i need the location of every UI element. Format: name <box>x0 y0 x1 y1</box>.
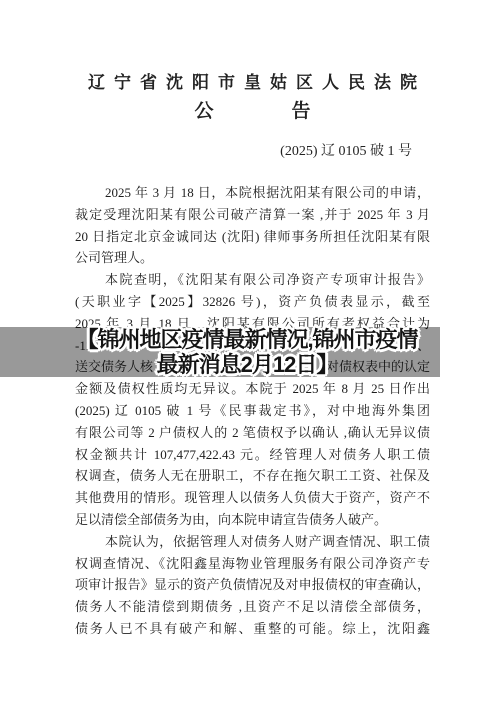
case-number: (2025) 辽 0105 破 1 号 <box>75 140 430 160</box>
court-name-title: 辽宁省沈阳市皇姑区人民法院 <box>75 68 430 93</box>
watermark-line-1: 【锦州地区疫情最新情况,锦州市疫情 <box>0 327 494 352</box>
body-line: 2025 年 3 月 18 日，本院根据沈阳某有限公司的申请， <box>75 182 430 204</box>
court-name-text: 辽宁省沈阳市皇姑区人民法院 <box>88 73 426 92</box>
notice-title: 公告 <box>75 96 430 123</box>
body-line: 20 日指定北京金诚同达 (沈阳) 律师事务所担任沈阳某有限 <box>75 226 430 248</box>
body-line: 本院查明，《沈阳某有限公司净资产专项审计报告》 <box>75 269 430 291</box>
watermark-line-2: 最新消息2月12日】 <box>0 352 494 377</box>
body-line: 权金额共计 107,477,422.43 元。经管理人对债务人职工债 <box>75 444 430 466</box>
body-line: 公司管理人。 <box>75 247 430 269</box>
body-line: (天职业字【2025】32826 号)，资产负债表显示，截至 <box>75 291 430 313</box>
body-line: 裁定受理沈阳某有限公司破产清算一案 ,并于 2025 年 3 月 <box>75 204 430 226</box>
body-line: 其他费用的情形。现管理人以债务人负债大于资产，资产不 <box>75 487 430 509</box>
body-line: 有限公司等 2 户债权人的 2 笔债权予以确认 ,确认无异议债 <box>75 422 430 444</box>
notice-title-text: 公告 <box>194 101 388 122</box>
body-line: (2025) 辽 0105 破 1 号《民事裁定书》，对中地海外集团 <box>75 400 430 422</box>
body-line: 金额及债权性质均无异议。本院于 2025 年 8 月 25 日作出 <box>75 378 430 400</box>
body-line: 足以清偿全部债务为由，向本院申请宣告债务人破产。 <box>75 509 430 531</box>
watermark-overlay-text: 【锦州地区疫情最新情况,锦州市疫情 最新消息2月12日】 <box>0 327 494 377</box>
body-line: 项审计报告》显示的资产负债情况及对申报债权的审查确认， <box>75 574 430 596</box>
body-line: 权调查，债务人无在册职工，不存在拖欠职工工资、社保及 <box>75 465 430 487</box>
body-line: 权调查情况、《沈阳鑫星海物业管理服务有限公司净资产专 <box>75 553 430 575</box>
body-line: 债务人已不具有破产和解、重整的可能。综上，沈阳鑫 <box>75 618 430 640</box>
announcement-body: 2025 年 3 月 18 日，本院根据沈阳某有限公司的申请， 裁定受理沈阳某有… <box>75 182 430 640</box>
scanned-document-page: 辽宁省沈阳市皇姑区人民法院 公告 (2025) 辽 0105 破 1 号 202… <box>0 0 500 706</box>
body-line: 债务人不能清偿到期债务 ,且资产不足以清偿全部债务， <box>75 596 430 618</box>
body-line: 本院认为，依据管理人对债务人财产调查情况、职工债 <box>75 531 430 553</box>
